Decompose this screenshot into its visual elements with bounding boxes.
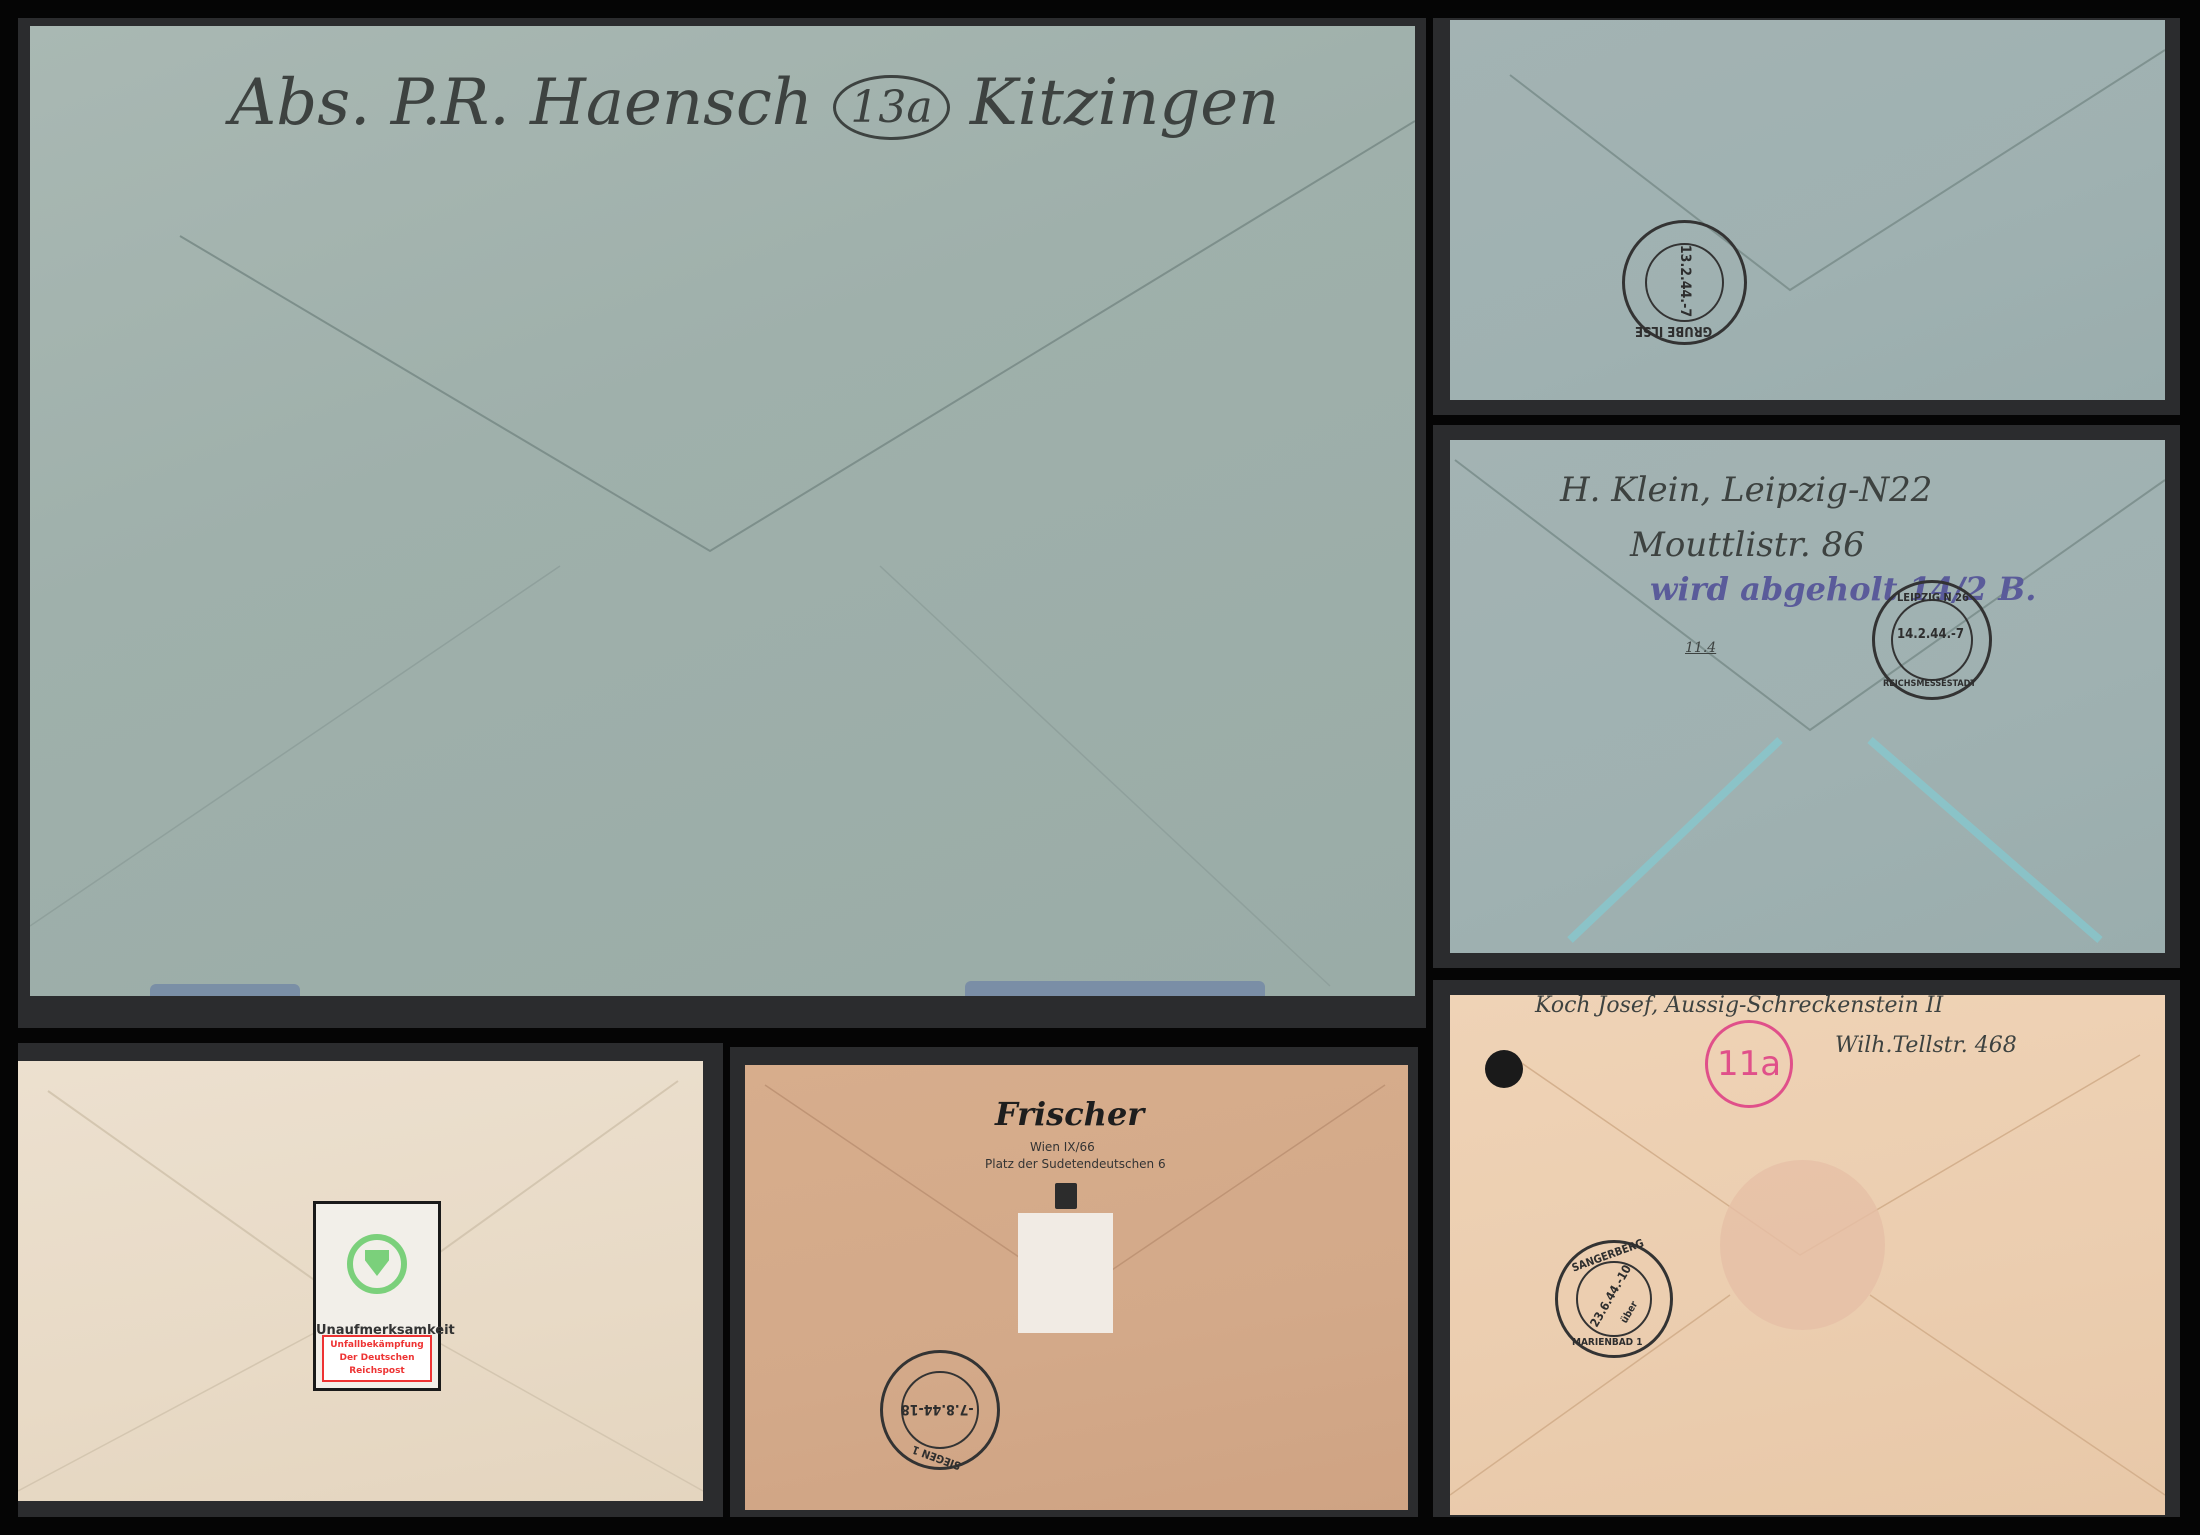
trademark-icon: [1055, 1183, 1077, 1209]
small-mark: 11.4: [1685, 640, 1716, 656]
panel-envelope-5: Frischer Wien IX/66 Platz der Sudetendeu…: [730, 1047, 1418, 1517]
postmark-sangerberg: SANGERBERG 23.6.44.-10 über MARIENBAD 1: [1555, 1240, 1673, 1358]
panel-envelope-1: Abs. P.R. Haensch 13a Kitzingen: [18, 18, 1426, 1028]
panel-envelope-3: H. Klein, Leipzig-N22 Mouttlistr. 86 wir…: [1433, 425, 2180, 968]
sender-line-2: Mouttlistr. 86: [1630, 525, 1865, 565]
company-logo: Frischer: [995, 1095, 1144, 1133]
sender-city: Kitzingen: [970, 66, 1279, 140]
postmark-date: -7.8.44-18: [901, 1401, 974, 1417]
address-line-1: Wien IX/66: [1030, 1140, 1095, 1154]
postmark-via-place: MARIENBAD 1: [1572, 1337, 1643, 1348]
paper-patch: [1018, 1213, 1113, 1333]
tape-fragment: [150, 984, 300, 996]
ink-blot: [1485, 1050, 1523, 1088]
postmark-place: GRUBE ILSE: [1635, 323, 1712, 338]
envelope-1-back: Abs. P.R. Haensch 13a Kitzingen: [30, 26, 1415, 996]
postmark-leipzig: 14.2.44.-7 LEIPZIG N 26 REICHSMESSESTADT: [1872, 580, 1992, 700]
postmark-place: LEIPZIG N 26: [1897, 591, 1969, 604]
envelope-3-flap-lines: [1450, 440, 2165, 953]
envelope-1-flap-lines: [30, 26, 1415, 996]
shield-emblem-icon: [347, 1234, 407, 1294]
accident-prevention-label: Unaufmerksamkeit bringt stets Gefahr! Un…: [313, 1201, 441, 1391]
envelope-6-back: Koch Josef, Aussig-Schreckenstein II Wil…: [1450, 995, 2165, 1515]
envelope-2-back: 13.2.44.-7 GRUBE ILSE: [1450, 20, 2165, 400]
panel-envelope-6: Koch Josef, Aussig-Schreckenstein II Wil…: [1433, 980, 2180, 1517]
postmark-grube-ilse: 13.2.44.-7 GRUBE ILSE: [1622, 220, 1747, 345]
tape-fragment: [965, 981, 1265, 996]
envelope-5-back: Frischer Wien IX/66 Platz der Sudetendeu…: [745, 1065, 1408, 1510]
envelope-4-back: Unaufmerksamkeit bringt stets Gefahr! Un…: [18, 1061, 703, 1501]
wax-seal-circle: [1720, 1160, 1885, 1330]
sender-address: Abs. P.R. Haensch 13a Kitzingen: [230, 66, 1279, 140]
circled-mark: 13a: [833, 75, 949, 140]
postmark-date: 14.2.44.-7: [1897, 627, 1964, 642]
sender-line-2: Wilh.Tellstr. 468: [1835, 1033, 2017, 1058]
postmark-date: 13.2.44.-7: [1677, 245, 1693, 317]
censor-mark: 11a: [1705, 1020, 1793, 1108]
sender-line-1: Koch Josef, Aussig-Schreckenstein II: [1535, 995, 1943, 1018]
envelope-2-flap-lines: [1450, 20, 2165, 400]
panel-envelope-2: 13.2.44.-7 GRUBE ILSE: [1433, 18, 2180, 415]
label-footer: Unfallbekämpfung Der Deutschen Reichspos…: [322, 1335, 432, 1382]
postmark-slogan: REICHSMESSESTADT: [1883, 679, 1976, 689]
sender-line-1: H. Klein, Leipzig-N22: [1560, 470, 1932, 510]
panel-envelope-4: Unaufmerksamkeit bringt stets Gefahr! Un…: [18, 1043, 723, 1517]
postmark-siegen: -7.8.44-18 SIEGEN 1: [880, 1350, 1000, 1470]
envelope-3-back: H. Klein, Leipzig-N22 Mouttlistr. 86 wir…: [1450, 440, 2165, 953]
address-line-2: Platz der Sudetendeutschen 6: [985, 1157, 1166, 1171]
sender-name: Abs. P.R. Haensch: [230, 66, 813, 140]
